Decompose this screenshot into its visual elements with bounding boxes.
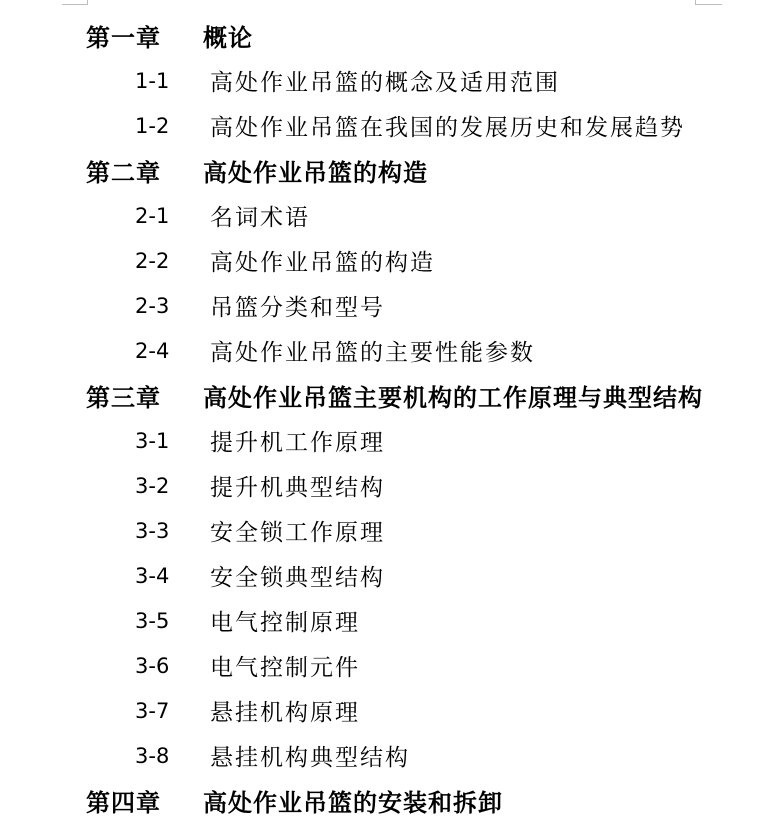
section-title: 电气控制原理 (210, 604, 360, 637)
toc-section-row: 3-3 安全锁工作原理 (0, 508, 781, 553)
chapter-number: 第二章 (86, 153, 203, 188)
section-number: 3-1 (135, 429, 210, 453)
section-number: 2-4 (135, 339, 210, 363)
chapter-number: 第四章 (86, 783, 203, 818)
toc-section-row: 2-3 吊篮分类和型号 (0, 283, 781, 328)
section-number: 3-4 (135, 564, 210, 588)
toc-section-row: 3-2 提升机典型结构 (0, 463, 781, 508)
section-number: 2-2 (135, 249, 210, 273)
section-title: 安全锁典型结构 (210, 559, 385, 592)
chapter-number: 第一章 (86, 18, 203, 53)
toc-section-row: 3-5 电气控制原理 (0, 598, 781, 643)
section-number: 3-6 (135, 654, 210, 678)
toc-section-row: 1-1 高处作业吊篮的概念及适用范围 (0, 58, 781, 103)
section-title: 悬挂机构典型结构 (210, 739, 410, 772)
section-number: 1-2 (135, 114, 210, 138)
toc-section-row: 3-8 悬挂机构典型结构 (0, 733, 781, 778)
section-title: 高处作业吊篮的主要性能参数 (210, 334, 535, 367)
section-number: 3-7 (135, 699, 210, 723)
chapter-title: 高处作业吊篮的构造 (203, 153, 428, 188)
toc-section-row: 3-4 安全锁典型结构 (0, 553, 781, 598)
section-title: 高处作业吊篮在我国的发展历史和发展趋势 (210, 109, 685, 142)
toc-section-row: 2-1 名词术语 (0, 193, 781, 238)
toc-chapter-row: 第四章 高处作业吊篮的安装和拆卸 (0, 778, 781, 823)
section-title: 提升机工作原理 (210, 424, 385, 457)
toc-section-row: 3-1 提升机工作原理 (0, 418, 781, 463)
toc-section-row: 2-4 高处作业吊篮的主要性能参数 (0, 328, 781, 373)
table-of-contents: 第一章 概论 1-1 高处作业吊篮的概念及适用范围 1-2 高处作业吊篮在我国的… (0, 13, 781, 823)
chapter-title: 概论 (203, 18, 253, 53)
toc-chapter-row: 第一章 概论 (0, 13, 781, 58)
chapter-title: 高处作业吊篮的安装和拆卸 (203, 783, 503, 818)
chapter-number: 第三章 (86, 378, 203, 413)
section-title: 提升机典型结构 (210, 469, 385, 502)
toc-section-row: 3-7 悬挂机构原理 (0, 688, 781, 733)
chapter-title: 高处作业吊篮主要机构的工作原理与典型结构 (203, 378, 703, 413)
section-title: 安全锁工作原理 (210, 514, 385, 547)
section-title: 吊篮分类和型号 (210, 289, 385, 322)
toc-section-row: 2-2 高处作业吊篮的构造 (0, 238, 781, 283)
section-number: 3-5 (135, 609, 210, 633)
section-title: 悬挂机构原理 (210, 694, 360, 727)
document-page: 第一章 概论 1-1 高处作业吊篮的概念及适用范围 1-2 高处作业吊篮在我国的… (0, 0, 781, 828)
section-title: 高处作业吊篮的构造 (210, 244, 435, 277)
section-title: 名词术语 (210, 199, 310, 232)
section-number: 2-3 (135, 294, 210, 318)
section-number: 2-1 (135, 204, 210, 228)
toc-section-row: 3-6 电气控制元件 (0, 643, 781, 688)
section-number: 1-1 (135, 69, 210, 93)
section-number: 3-8 (135, 744, 210, 768)
text-boundary-mark-top-right (695, 0, 722, 5)
section-number: 3-2 (135, 474, 210, 498)
text-boundary-mark-top-left (62, 0, 88, 5)
toc-chapter-row: 第三章 高处作业吊篮主要机构的工作原理与典型结构 (0, 373, 781, 418)
toc-section-row: 1-2 高处作业吊篮在我国的发展历史和发展趋势 (0, 103, 781, 148)
section-title: 高处作业吊篮的概念及适用范围 (210, 64, 560, 97)
section-title: 电气控制元件 (210, 649, 360, 682)
toc-chapter-row: 第二章 高处作业吊篮的构造 (0, 148, 781, 193)
section-number: 3-3 (135, 519, 210, 543)
